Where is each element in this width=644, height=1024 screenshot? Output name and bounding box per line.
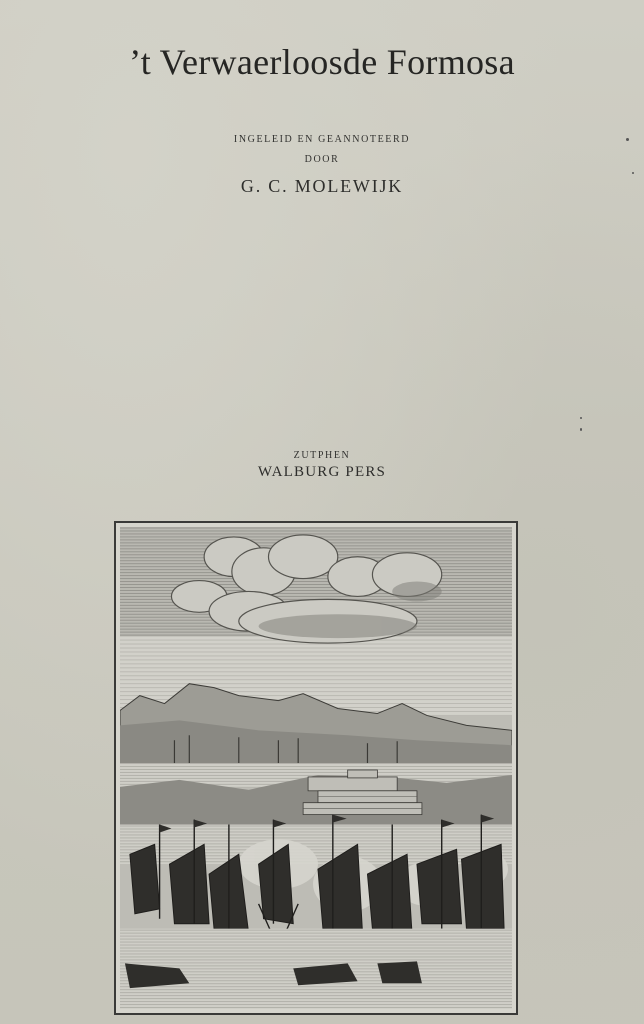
author-name: G. C. MOLEWIJK — [0, 176, 644, 197]
engraving-illustration — [120, 527, 512, 1009]
by-line: DOOR — [0, 154, 644, 165]
paper-speck — [626, 138, 629, 141]
illustration-frame — [114, 521, 518, 1015]
paper-speck — [580, 428, 582, 431]
harbour-engraving-image — [120, 527, 512, 1009]
intro-line: INGELEID EN GEANNOTEERD — [0, 134, 644, 145]
book-title: ’t Verwaerloosde Formosa — [0, 40, 644, 84]
publisher-place: ZUTPHEN — [0, 450, 644, 461]
book-cover: ’t Verwaerloosde Formosa INGELEID EN GEA… — [0, 0, 644, 1024]
paper-speck — [632, 172, 634, 174]
paper-speck — [580, 417, 582, 419]
publisher-name: WALBURG PERS — [0, 464, 644, 481]
